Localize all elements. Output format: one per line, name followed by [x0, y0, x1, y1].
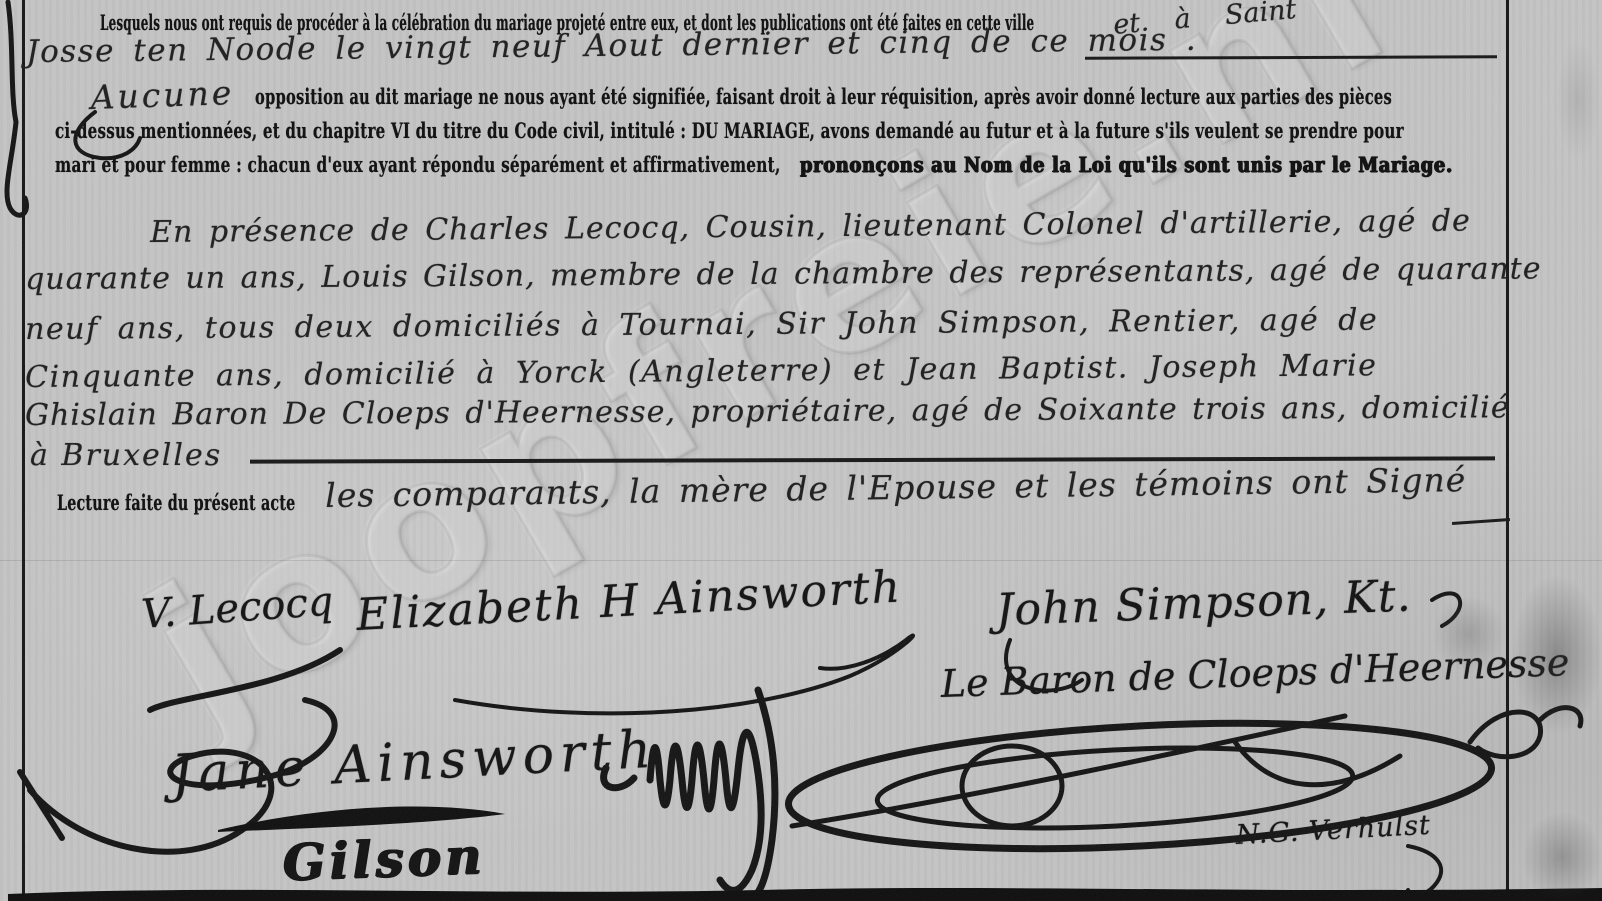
witness-line-5-text: Ghislain Baron De Cloeps d'Heernesse, pr… [25, 390, 1510, 433]
baron-paraph-loop-icon [962, 746, 1062, 826]
signature-jane-ainsworth: Jane Ainsworth [170, 745, 656, 805]
signature-john-simpson-text: John Simpson, Kt. [995, 570, 1412, 635]
scan-crease [0, 560, 1602, 561]
signature-lecocq: V. Lecocq [140, 592, 332, 638]
witness-line-6-text: à Bruxelles [30, 438, 222, 473]
printed-line-4: ci-dessus mentionnées, et du chapitre VI… [55, 118, 1602, 143]
witness-line-2: quarante un ans, Louis Gilson, membre de… [25, 262, 1541, 297]
left-column-rule [22, 0, 25, 901]
signature-lecocq-text: V. Lecocq [140, 579, 335, 638]
signature-gilson-text: Gilson [282, 826, 486, 892]
signature-john-simpson: John Simpson, Kt. [995, 585, 1411, 636]
printed-lecture-text: Lecture faite du présent acte [57, 490, 295, 515]
signature-baron-de-cloeps: Le Baron de Cloeps d'Heernesse [940, 662, 1569, 706]
signature-elizabeth-ainsworth: Elizabeth H Ainsworth [355, 590, 901, 641]
witness-line-1: En présence de Charles Lecocq, Cousin, l… [150, 215, 1471, 250]
handwritten-aucune-text: Aucune [90, 73, 235, 117]
signature-jane-ainsworth-text: Jane Ainsworth [170, 720, 659, 805]
bottom-right-smudge [1522, 812, 1602, 901]
scan-bottom-edge-strip [8, 888, 1602, 901]
witness-line-2-text: quarante un ans, Louis Gilson, membre de… [25, 251, 1542, 297]
witness-line-3: neuf ans, tous deux domiciliés à Tournai… [25, 312, 1378, 347]
handwritten-line-2: Josse ten Noode le vingt neuf Aout derni… [26, 34, 1197, 70]
handwritten-lecture-text: les comparants, la mère de l'Epouse et l… [325, 460, 1467, 515]
witness-line-4: Cinquante ans, domicilié à Yorck (Anglet… [25, 360, 1377, 395]
signature-baron-de-cloeps-text: Le Baron de Cloeps d'Heernesse [940, 640, 1570, 706]
baron-paraph-connector-icon [1235, 742, 1400, 785]
printed-line-5-bold-text: prononçons au Nom de la Loi qu'ils sont … [800, 152, 1453, 177]
witness-line-5: Ghislain Baron De Cloeps d'Heernesse, pr… [25, 398, 1509, 433]
handwritten-lecture-fill: les comparants, la mère de l'Epouse et l… [325, 476, 1466, 515]
printed-line-3-text: opposition au dit mariage ne nous ayant … [255, 84, 1392, 109]
baron-paraph-diagonal-icon [792, 716, 1345, 826]
blank-fill-rule-line-2 [1085, 55, 1497, 59]
witness-line-6: à Bruxelles [30, 438, 222, 473]
witness-line-4-text: Cinquante ans, domicilié à Yorck (Anglet… [25, 348, 1378, 395]
printed-line-4-text: ci-dessus mentionnées, et du chapitre VI… [55, 118, 1404, 143]
witness-line-3-text: neuf ans, tous deux domiciliés à Tournai… [25, 303, 1378, 347]
blank-fill-rule-signe [1452, 518, 1510, 525]
printed-line-5-normal-text: mari et pour femme : chacun d'eux ayant … [55, 152, 781, 177]
signature-verhulst-text: N.G. Verhulst [1235, 810, 1432, 851]
signature-verhulst: N.G. Verhulst [1235, 820, 1430, 851]
handwritten-aucune: Aucune [90, 78, 234, 117]
witness-line-1-text: En présence de Charles Lecocq, Cousin, l… [150, 203, 1471, 250]
scanned-marriage-act-page: joopfreie.nl Lesquels nous ont requis de… [0, 0, 1602, 901]
baron-paraph-right-squiggle-icon [1470, 708, 1581, 757]
printed-line-3: opposition au dit mariage ne nous ayant … [255, 84, 1602, 109]
signature-gilson: Gilson [282, 833, 485, 892]
signature-elizabeth-ainsworth-text: Elizabeth H Ainsworth [355, 561, 903, 641]
verhulst-flourish-icon [1408, 846, 1441, 895]
ainsworth-underline-flourish-icon [455, 635, 913, 713]
printed-line-5-bold: prononçons au Nom de la Loi qu'ils sont … [800, 152, 1568, 177]
